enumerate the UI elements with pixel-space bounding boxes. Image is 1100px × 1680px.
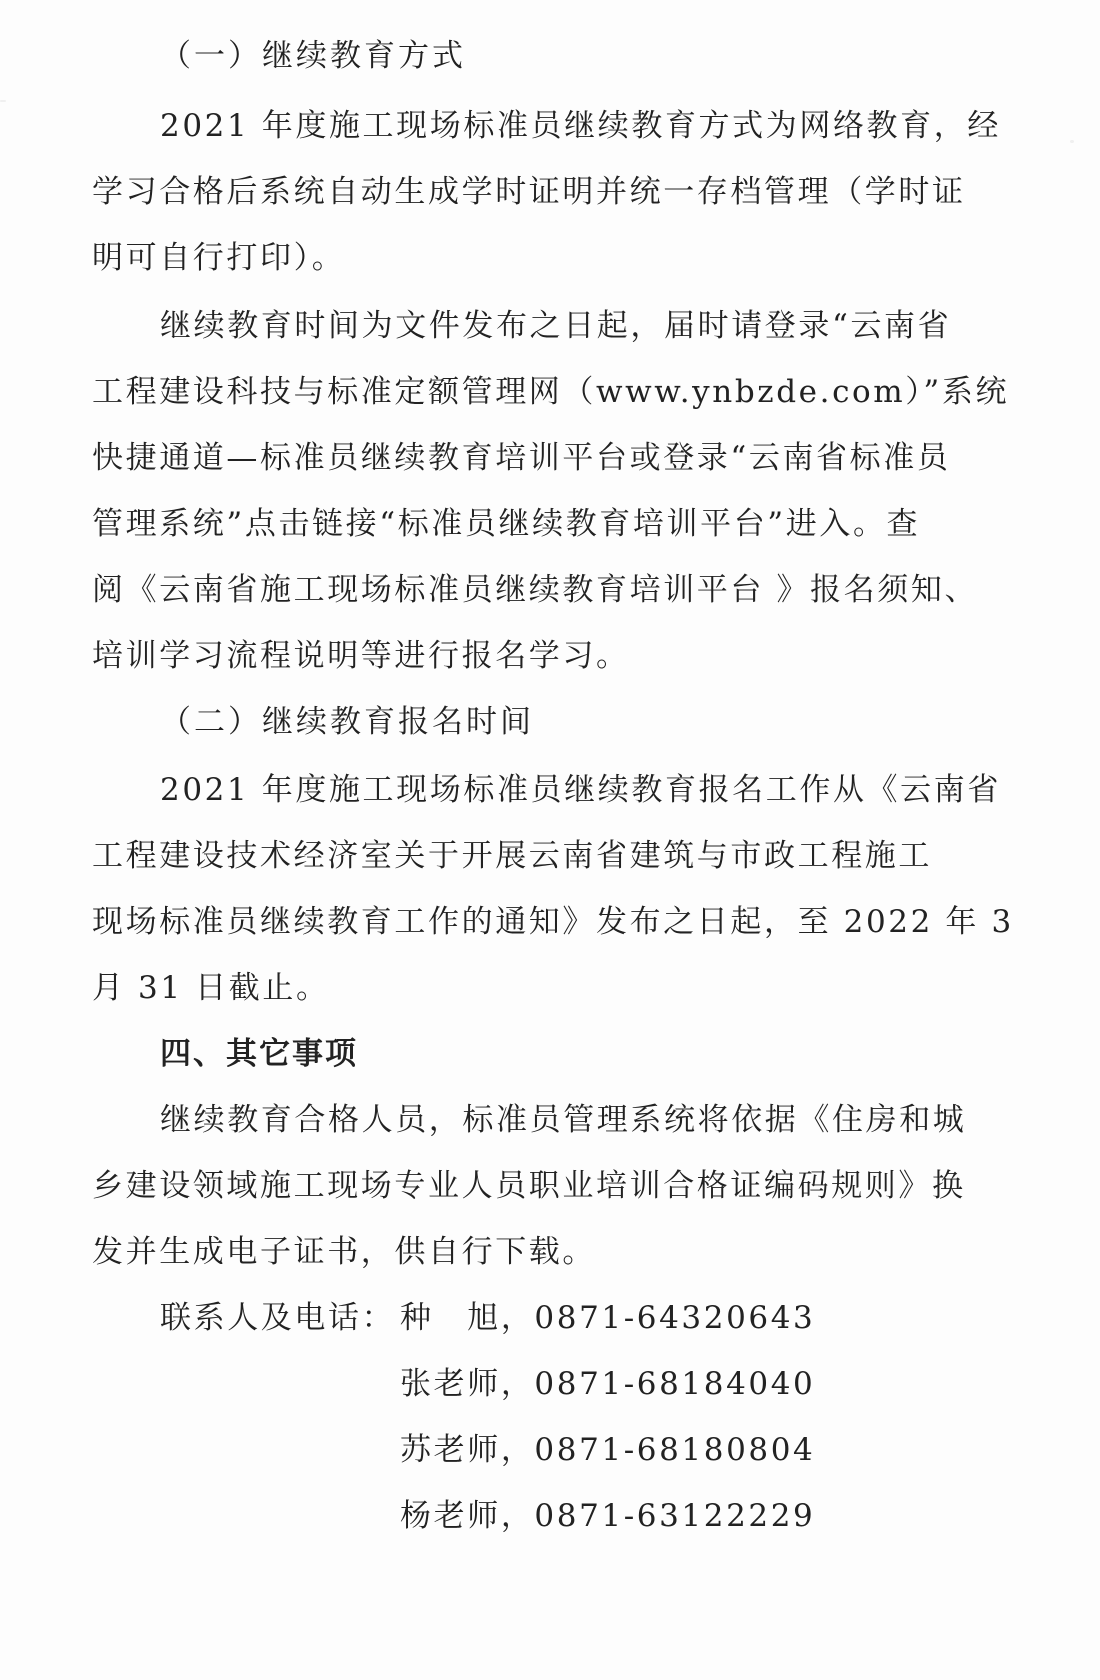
contact-name: 种 旭 (400, 1300, 501, 1336)
contact-name: 杨老师 (400, 1498, 501, 1534)
paragraph-line: 月 31 日截止。 (92, 968, 992, 1008)
contact-entry: 张老师，0871-68184040 (400, 1364, 1100, 1404)
contacts-label: 联系人及电话： (160, 1298, 400, 1338)
contact-separator: ， (501, 1300, 535, 1336)
contact-entry: 种 旭，0871-64320643 (400, 1298, 1100, 1338)
contact-entry: 杨老师，0871-63122229 (400, 1496, 1100, 1536)
paragraph-line: 学习合格后系统自动生成学时证明并统一存档管理（学时证 (92, 172, 992, 212)
paragraph-line: 2021 年度施工现场标准员继续教育报名工作从《云南省 (160, 770, 1060, 810)
subsection-heading-registration-time: （二）继续教育报名时间 (160, 702, 1060, 742)
contact-name: 苏老师 (400, 1432, 501, 1468)
paragraph-line-with-url: 工程建设科技与标准定额管理网（www.ynbzde.com）”系统 (92, 372, 992, 412)
paragraph-line: 继续教育合格人员，标准员管理系统将依据《住房和城 (160, 1100, 1060, 1140)
paragraph-line: 2021 年度施工现场标准员继续教育方式为网络教育，经 (160, 106, 1060, 146)
subsection-heading-method: （一）继续教育方式 (160, 36, 1060, 76)
paragraph-line: 明可自行打印）。 (92, 238, 992, 278)
paragraph-line: 快捷通道—标准员继续教育培训平台或登录“云南省标准员 (92, 438, 992, 478)
contact-phone: 0871-63122229 (534, 1498, 815, 1534)
paragraph-line: 培训学习流程说明等进行报名学习。 (92, 636, 992, 676)
section-heading-other-matters: 四、其它事项 (160, 1034, 1060, 1074)
contact-separator: ， (501, 1432, 535, 1468)
scan-artifact (0, 100, 6, 102)
paragraph-line: 现场标准员继续教育工作的通知》发布之日起，至 2022 年 3 (92, 902, 992, 942)
paragraph-line: 继续教育时间为文件发布之日起，届时请登录“云南省 (160, 306, 1060, 346)
scan-artifact (1070, 140, 1074, 143)
contact-separator: ， (501, 1366, 535, 1402)
contact-phone: 0871-68180804 (534, 1432, 815, 1468)
paragraph-line: 工程建设技术经济室关于开展云南省建筑与市政工程施工 (92, 836, 992, 876)
contact-phone: 0871-64320643 (534, 1300, 815, 1336)
paragraph-line: 乡建设领域施工现场专业人员职业培训合格证编码规则》换 (92, 1166, 992, 1206)
paragraph-line: 阅《云南省施工现场标准员继续教育培训平台 》报名须知、 (92, 570, 992, 610)
contact-entry: 苏老师，0871-68180804 (400, 1430, 1100, 1470)
contact-separator: ， (501, 1498, 535, 1534)
contact-phone: 0871-68184040 (534, 1366, 815, 1402)
paragraph-line: 管理系统”点击链接“标准员继续教育培训平台”进入。查 (92, 504, 992, 544)
scanned-document-page: （一）继续教育方式 2021 年度施工现场标准员继续教育方式为网络教育，经 学习… (0, 0, 1100, 1680)
contact-name: 张老师 (400, 1366, 501, 1402)
paragraph-line: 发并生成电子证书，供自行下载。 (92, 1232, 992, 1272)
